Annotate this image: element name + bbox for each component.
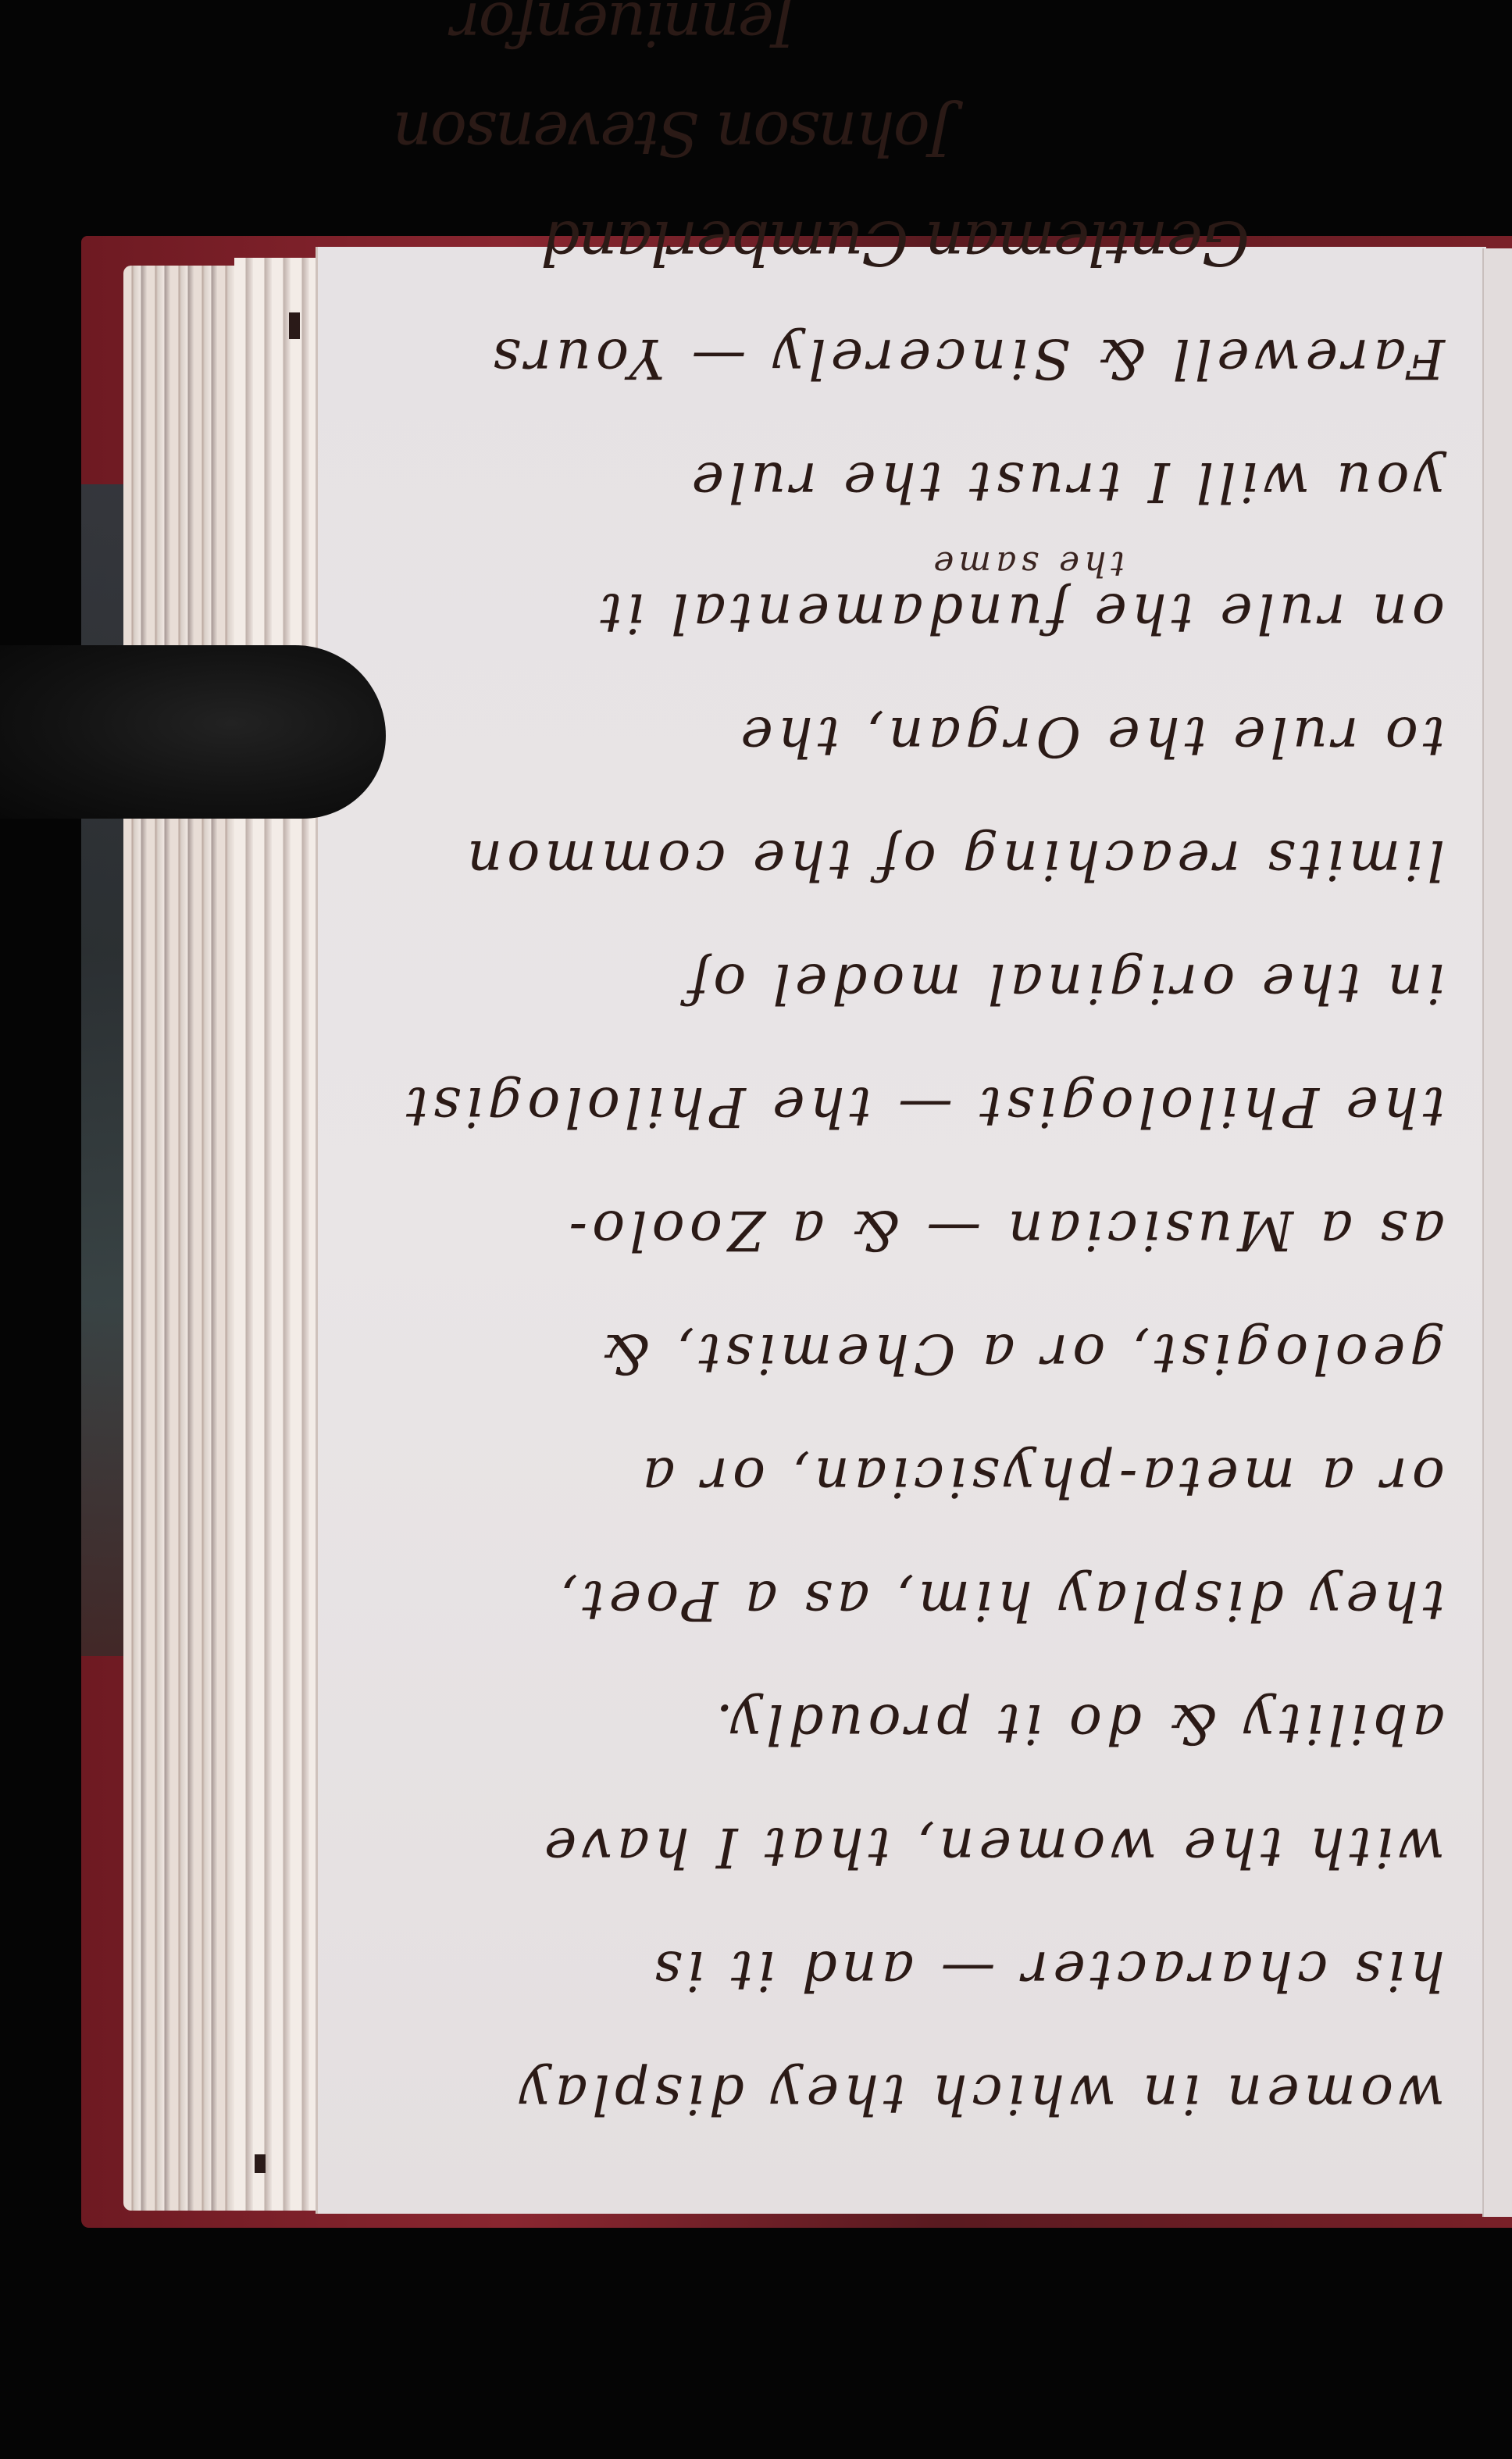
gloved-thumb (0, 645, 386, 819)
text-line: you will I trust the rule (344, 420, 1453, 544)
text-line: his character — and it is (344, 1909, 1453, 2033)
text-line: women in which they display (344, 2033, 1453, 2156)
text-line: to rule the Organ, the (344, 675, 1453, 798)
signature-line: Johnson Stevenson (344, 78, 1453, 187)
text-line: geologist, or a Chemist, & (344, 1292, 1453, 1415)
text-line: or a meta-physician, or a (344, 1415, 1453, 1539)
text-line: with the women, that I have (344, 1786, 1453, 1909)
text-line: the Philologist — the Philologist (344, 1045, 1453, 1169)
facing-page-edge (1482, 248, 1512, 2217)
page-stack-edge (234, 258, 320, 2211)
text-line: ability & do it proudly. (344, 1662, 1453, 1786)
edge-mark-bottom (255, 2154, 266, 2173)
text-line: as a Musician — & a Zoolo- (344, 1169, 1453, 1292)
text-line: they display him, as a Poet, (344, 1539, 1453, 1662)
handwritten-text: women in which they display his characte… (344, 359, 1453, 2156)
text-line: limits reaching of the common (344, 798, 1453, 922)
edge-mark-top (289, 312, 300, 339)
text-line: in the original model of (344, 922, 1453, 1045)
signature-line: Jenniuenfor (344, 0, 1453, 78)
closing-line: Farewell & Sincerely — Yours (344, 297, 1453, 420)
signature-line: Gentleman Cumberland (344, 187, 1453, 297)
